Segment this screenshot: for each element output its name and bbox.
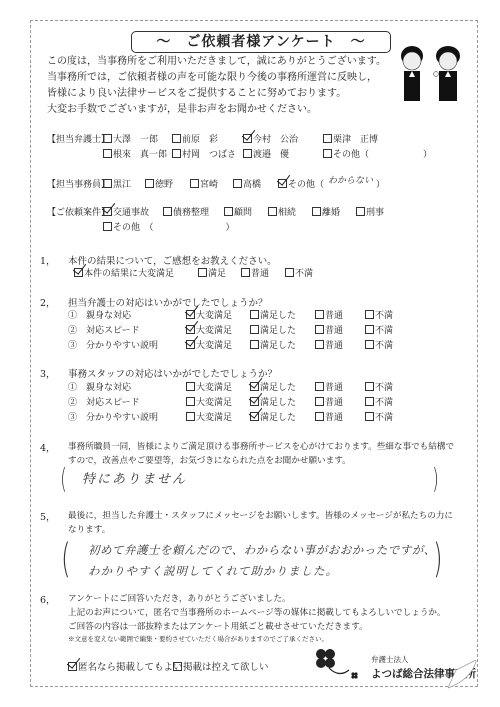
checkbox[interactable] xyxy=(243,149,252,158)
staff-label: 【担当事務員】 xyxy=(47,177,110,190)
case-option-other[interactable]: その他 （ ） xyxy=(103,220,235,233)
q2-choice[interactable]: 不満 xyxy=(365,323,393,336)
lawyer-option[interactable]: 渡邉 優 xyxy=(243,147,289,160)
q3-choice[interactable]: 満足した xyxy=(250,410,296,423)
q3-number: 3， xyxy=(40,366,56,380)
checkbox[interactable] xyxy=(145,179,154,188)
checkbox-checked[interactable] xyxy=(250,412,259,421)
lawyer-option[interactable]: 栗津 正博 xyxy=(323,132,378,145)
checkbox[interactable] xyxy=(365,412,374,421)
q3-choice[interactable]: 不満 xyxy=(365,380,393,393)
checkbox[interactable] xyxy=(190,179,199,188)
q1-option[interactable]: 普通 xyxy=(241,266,269,279)
lawyer-option[interactable]: 大澤 一郎 xyxy=(103,132,158,145)
checkbox[interactable] xyxy=(323,134,332,143)
q3-choice[interactable]: 大変満足 xyxy=(186,410,232,423)
checkbox[interactable] xyxy=(241,268,250,277)
staff-other-handwritten: わからない xyxy=(328,173,373,186)
q3-row-item: ③ 分かりやすい説明 xyxy=(68,410,158,423)
lawyer-option[interactable]: 前原 彩 xyxy=(172,132,218,145)
q5-number: 5， xyxy=(40,509,56,523)
q3-choice[interactable]: 大変満足 xyxy=(186,380,232,393)
q4-text-line2: すので，改善点やご要望等，お気づきになられた点をお聞かせ願います。 xyxy=(68,454,351,466)
lawyer-option-other[interactable]: その他（ ） xyxy=(323,147,432,160)
lawyer-option[interactable]: 根來 真一郎 xyxy=(103,147,167,160)
staff-option[interactable]: 徳野 xyxy=(145,177,173,190)
checkbox[interactable] xyxy=(250,325,259,334)
q6-text-line2: 上記のお声について，匿名で当事務所のホームページ等の媒体に掲載してもよろしいでし… xyxy=(68,606,446,618)
q6-text-line1: アンケートにご回答いただき，ありがとうございました。 xyxy=(68,592,291,604)
q1-option[interactable]: 本件の結果に大変満足 xyxy=(74,266,174,279)
q2-choice[interactable]: 不満 xyxy=(365,338,393,351)
q5-text-line2: なります。 xyxy=(68,523,110,535)
answer-bracket-right: ) xyxy=(433,536,442,582)
case-type-label: 【ご依頼案件】 xyxy=(47,205,110,218)
checkbox[interactable] xyxy=(172,149,181,158)
q5-text-line1: 最後に，担当した弁護士・スタッフにメッセージをお願いします。皆様のメッセージが私… xyxy=(68,509,453,521)
lawyers-label: 【担当弁護士】 xyxy=(47,132,110,145)
checkbox[interactable] xyxy=(315,382,324,391)
case-option[interactable]: 相続 xyxy=(268,205,296,218)
page-title: ～ ご依頼者様アンケート ～ xyxy=(131,31,391,53)
q2-row-item: ② 対応スピード xyxy=(68,323,140,336)
q3-text: 事務スタッフの対応はいかがでしたでしょうか？ xyxy=(68,366,277,380)
intro-line: 大変お手数でございますが，是非お声をお聞かせください。 xyxy=(47,102,386,118)
checkbox[interactable] xyxy=(315,397,324,406)
lawyer-option[interactable]: 村岡 つばさ xyxy=(172,147,236,160)
checkbox[interactable] xyxy=(103,149,112,158)
intro-text: この度は，当事務所をご利用いただきまして，誠にありがとうございます。 当事務所で… xyxy=(47,54,386,118)
checkbox[interactable] xyxy=(365,340,374,349)
checkbox[interactable] xyxy=(365,325,374,334)
q3-row-item: ② 対応スピード xyxy=(68,395,140,408)
checkbox[interactable] xyxy=(103,134,112,143)
checkbox-checked[interactable] xyxy=(243,134,252,143)
checkbox[interactable] xyxy=(285,268,294,277)
q2-choice[interactable]: 大変満足 xyxy=(186,338,232,351)
q3-choice[interactable]: 大変満足 xyxy=(186,395,232,408)
q2-choice[interactable]: 普通 xyxy=(315,308,343,321)
checkbox[interactable] xyxy=(163,207,172,216)
intro-line: 皆様により良い法律サービスをご提供することに努めております。 xyxy=(47,86,386,102)
case-option[interactable]: 刑事 xyxy=(356,205,384,218)
q6-number: 6， xyxy=(40,592,56,606)
q2-choice[interactable]: 普通 xyxy=(315,338,343,351)
staff-other-close: ） xyxy=(376,177,385,190)
checkbox[interactable] xyxy=(365,310,374,319)
staff-option[interactable]: 黒江 xyxy=(103,177,131,190)
checkbox-checked[interactable] xyxy=(74,268,83,277)
checkbox[interactable] xyxy=(186,382,195,391)
checkbox[interactable] xyxy=(268,207,277,216)
q3-choice[interactable]: 普通 xyxy=(315,380,343,393)
q3-choice[interactable]: 普通 xyxy=(315,395,343,408)
q2-choice[interactable]: 満足した xyxy=(250,338,296,351)
checkbox[interactable] xyxy=(250,340,259,349)
checkbox[interactable] xyxy=(198,268,207,277)
checkbox[interactable] xyxy=(224,207,233,216)
staff-option[interactable]: 宮崎 xyxy=(190,177,218,190)
q6-note: ※文意を変えない範囲で編集・要約させていただく場合がありますのでご了承ください。 xyxy=(68,634,328,643)
survey-sheet xyxy=(30,20,478,687)
q2-choice[interactable]: 満足した xyxy=(250,308,296,321)
q1-text: 本件の結果について，ご感想をお教えください。 xyxy=(68,253,277,267)
lawyer-option[interactable]: 今村 公治 xyxy=(243,132,298,145)
case-option[interactable]: 債務整理 xyxy=(163,205,209,218)
q2-choice[interactable]: 満足した xyxy=(250,323,296,336)
checkbox[interactable] xyxy=(103,179,112,188)
page-curl-icon xyxy=(448,660,478,690)
case-option[interactable]: 交通事故 xyxy=(103,205,149,218)
q6-option[interactable]: 匿名なら掲載してもよい xyxy=(68,659,183,673)
checkbox-checked[interactable] xyxy=(186,340,195,349)
q2-text: 担当弁護士の対応はいかがでしたでしょうか？ xyxy=(68,295,268,309)
q3-choice[interactable]: 普通 xyxy=(315,410,343,423)
staff-option-other[interactable]: その他（ xyxy=(278,177,324,190)
checkbox[interactable] xyxy=(315,412,324,421)
q3-row-item: ① 親身な対応 xyxy=(68,380,131,393)
q1-number: 1， xyxy=(40,253,56,267)
q2-row-item: ③ 分かりやすい説明 xyxy=(68,338,158,351)
checkbox-checked[interactable] xyxy=(278,179,287,188)
checkbox[interactable] xyxy=(173,662,182,671)
clover-logo-icon xyxy=(309,646,369,682)
checkbox[interactable] xyxy=(323,149,332,158)
checkbox[interactable] xyxy=(315,325,324,334)
checkbox-checked[interactable] xyxy=(68,662,77,671)
q1-option[interactable]: 不満 xyxy=(285,266,313,279)
q2-number: 2， xyxy=(40,295,56,309)
q2-choice[interactable]: 普通 xyxy=(315,323,343,336)
checkbox[interactable] xyxy=(233,179,242,188)
q1-option[interactable]: 満足 xyxy=(198,266,226,279)
answer-bracket-left: ( xyxy=(60,462,67,495)
q5-answer-line1-handwritten[interactable]: 初めて弁護士を頼んだので、わからない事がおおかったですが、 xyxy=(88,542,436,558)
answer-bracket-left: ( xyxy=(61,536,70,582)
case-option[interactable]: 顧問 xyxy=(224,205,252,218)
checkbox[interactable] xyxy=(312,207,321,216)
q6-option[interactable]: 掲載は控えて欲しい xyxy=(173,659,269,673)
intro-line: 当事務所では，ご依頼者様の声を可能な限り今後の事務所運営に反映し， xyxy=(47,70,386,86)
lawyers-illustration-icon xyxy=(388,44,478,104)
q2-row-item: ① 親身な対応 xyxy=(68,308,131,321)
checkbox[interactable] xyxy=(365,382,374,391)
checkbox[interactable] xyxy=(103,222,112,231)
firm-type: 弁護士法人 xyxy=(371,654,409,665)
q3-choice[interactable]: 不満 xyxy=(365,410,393,423)
q4-text-line1: 事務所職員一同，皆様によりご満足頂ける事務所サービスを心がけております。些細な事… xyxy=(68,440,454,452)
staff-option[interactable]: 高橋 xyxy=(233,177,261,190)
checkbox[interactable] xyxy=(315,310,324,319)
intro-line: この度は，当事務所をご利用いただきまして，誠にありがとうございます。 xyxy=(47,54,386,70)
q5-answer-line2-handwritten[interactable]: わかりやすく説明してくれて助かりました。 xyxy=(88,563,338,579)
q4-answer-handwritten[interactable]: 特にありません xyxy=(82,468,187,487)
case-option[interactable]: 離婚 xyxy=(312,205,340,218)
checkbox[interactable] xyxy=(172,134,181,143)
checkbox[interactable] xyxy=(186,412,195,421)
q4-number: 4， xyxy=(40,440,56,454)
checkbox[interactable] xyxy=(356,207,365,216)
checkbox[interactable] xyxy=(186,397,195,406)
checkbox-checked[interactable] xyxy=(103,207,112,216)
checkbox[interactable] xyxy=(315,340,324,349)
q3-choice[interactable]: 不満 xyxy=(365,395,393,408)
q6-text-line3: ご回答の内容は一部抜粋またはアンケート用紙ごと載せさせていただきます。 xyxy=(68,620,368,632)
q2-choice[interactable]: 不満 xyxy=(365,308,393,321)
answer-bracket-right: ) xyxy=(432,462,439,495)
checkbox[interactable] xyxy=(250,310,259,319)
checkbox[interactable] xyxy=(365,397,374,406)
